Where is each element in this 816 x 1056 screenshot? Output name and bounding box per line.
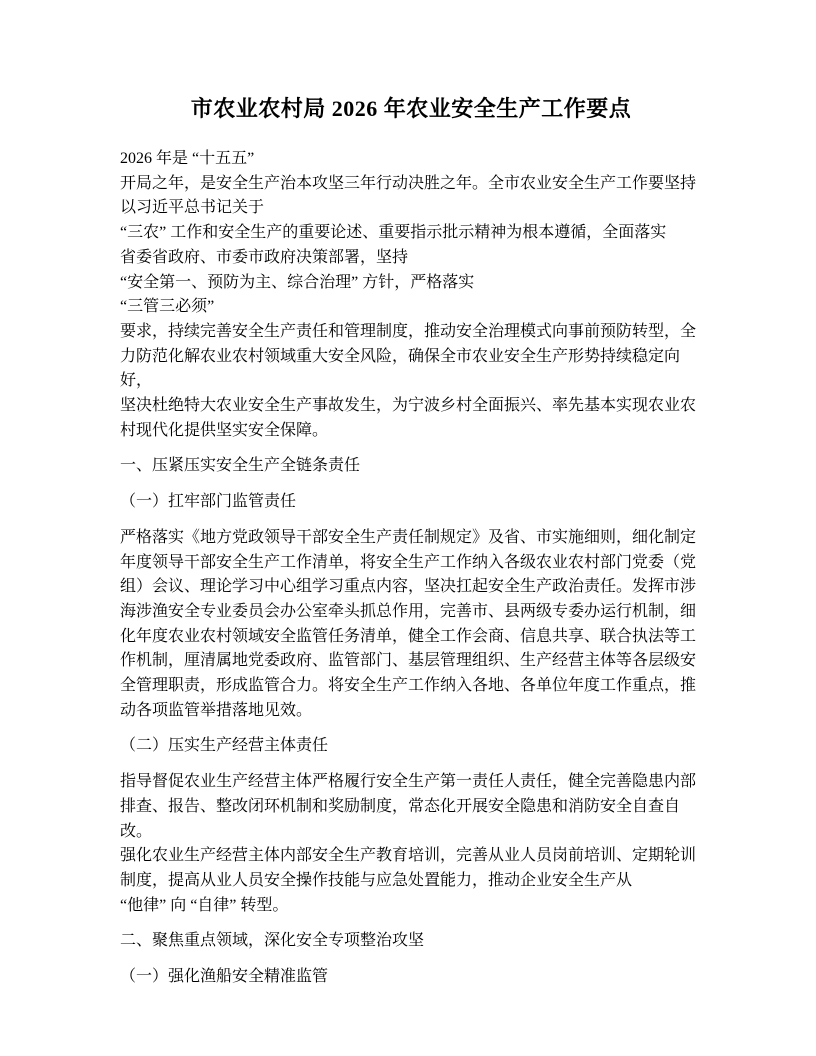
intro-paragraph: 2026 年是 “十五五” 开局之年，是安全生产治本攻坚三年行动决胜之年。全市农… <box>120 147 702 443</box>
document-body: 2026 年是 “十五五” 开局之年，是安全生产治本攻坚三年行动决胜之年。全市农… <box>120 147 702 990</box>
section-1-1-paragraph: 严格落实《地方党政领导干部安全生产责任制规定》及省、市实施细则，细化制定 年度领… <box>120 526 702 724</box>
section-2-1-heading: （一）强化渔船安全精准监管 <box>120 965 702 990</box>
section-2-heading: 二、聚焦重点领域，深化安全专项整治攻坚 <box>120 929 702 954</box>
document-page: 市农业农村局 2026 年农业安全生产工作要点 2026 年是 “十五五” 开局… <box>0 0 816 1056</box>
section-1-1-heading: （一）扛牢部门监管责任 <box>120 490 702 515</box>
document-title: 市农业农村局 2026 年农业安全生产工作要点 <box>120 96 702 122</box>
section-1-2-paragraph: 指导督促农业生产经营主体严格履行安全生产第一责任人责任，健全完善隐患内部 排查、… <box>120 770 702 918</box>
section-1-2-heading: （二）压实生产经营主体责任 <box>120 734 702 759</box>
section-1-heading: 一、压紧压实安全生产全链条责任 <box>120 454 702 479</box>
